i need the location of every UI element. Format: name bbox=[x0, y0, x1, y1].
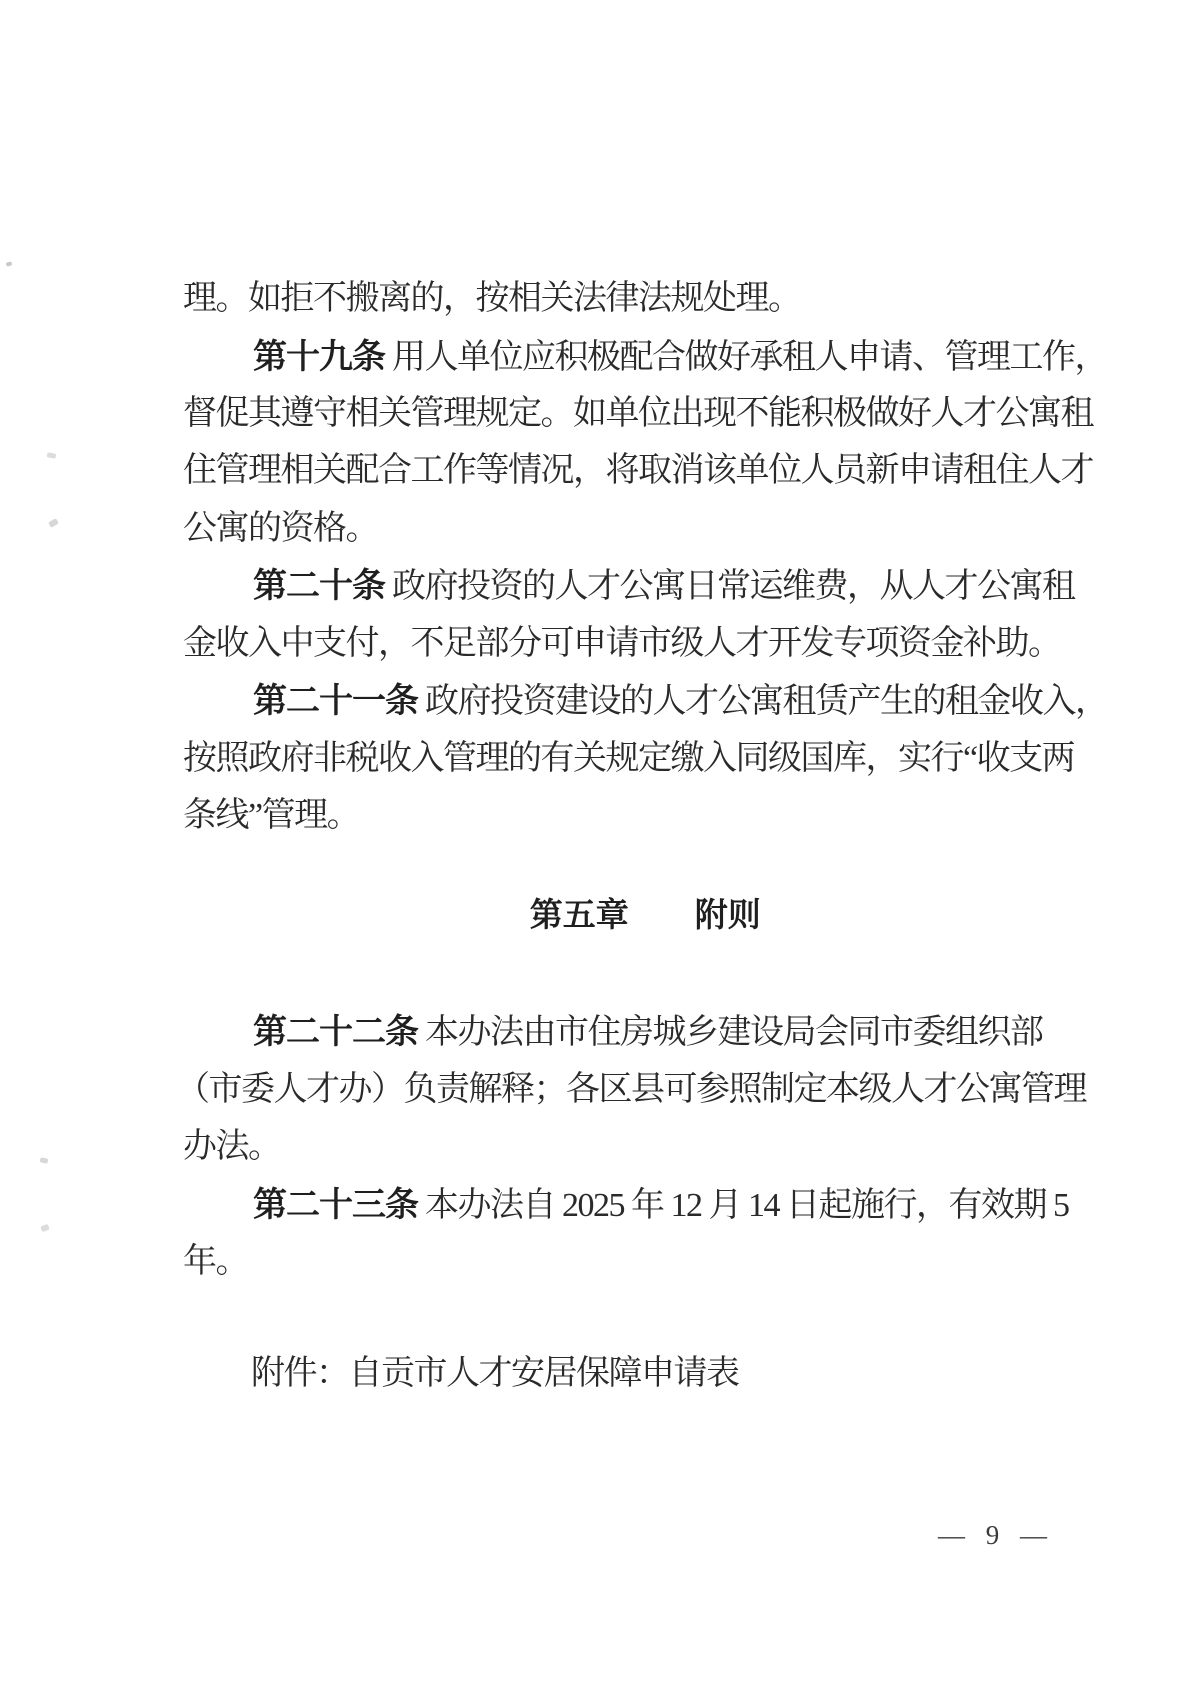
article-23-text-1: 本办法自 2025 年 12 月 14 日起施行，有效期 5 bbox=[418, 1187, 1069, 1224]
scan-speck bbox=[6, 261, 13, 266]
article-21-line-3: 条线”管理。 bbox=[155, 759, 359, 873]
article-22-line-2: （市委人才办）负责解释；各区县可参照制定本级人才公寓管理 bbox=[148, 1033, 1086, 1147]
attachment-text: 附件：自贡市人才安居保障申请表 bbox=[251, 1355, 739, 1392]
scan-speck bbox=[40, 1157, 49, 1164]
chapter-5-number: 第五章 bbox=[530, 896, 629, 933]
article-23-text-2: 年。 bbox=[183, 1243, 248, 1280]
attachment-line: 附件：自贡市人才安居保障申请表 bbox=[223, 1317, 739, 1431]
article-23-number: 第二十三条 bbox=[253, 1186, 418, 1224]
scan-speck bbox=[47, 452, 57, 458]
chapter-5-heading: 第五章附则 bbox=[493, 858, 761, 972]
scan-speck bbox=[40, 1224, 50, 1232]
chapter-5-title: 附则 bbox=[695, 896, 761, 933]
article-21-text-3: 条线”管理。 bbox=[183, 797, 359, 834]
article-22-text-2: （市委人才办）负责解释；各区县可参照制定本级人才公寓管理 bbox=[176, 1071, 1086, 1108]
article-23-line-1: 第二十三条 本办法自 2025 年 12 月 14 日起施行，有效期 5 bbox=[225, 1148, 1069, 1263]
page-number: — 9 — bbox=[938, 1520, 1049, 1551]
scan-speck bbox=[48, 518, 59, 528]
document-page: 理。如拒不搬离的，按相关法律法规处理。 第十九条 用人单位应积极配合做好承租人申… bbox=[0, 0, 1190, 1683]
article-23-line-2: 年。 bbox=[155, 1205, 248, 1319]
